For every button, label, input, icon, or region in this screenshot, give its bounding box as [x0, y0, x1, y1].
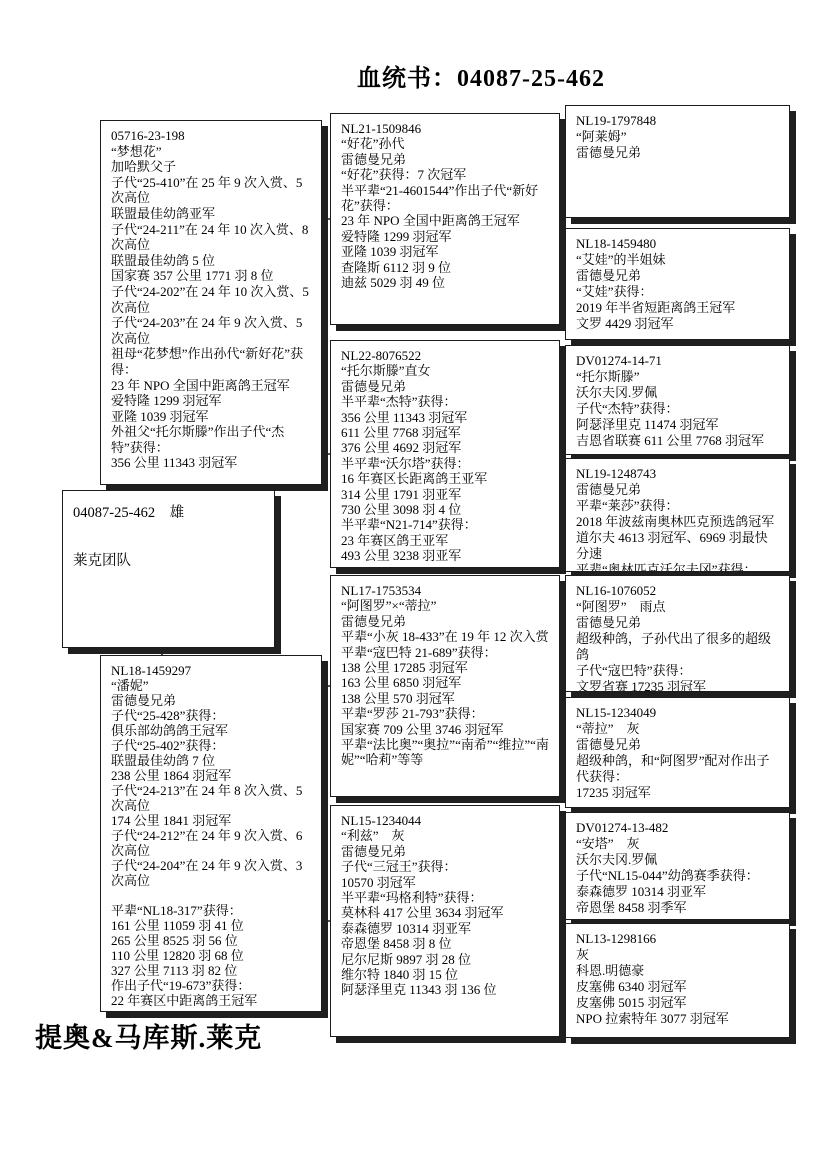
pedigree-text-line: 文罗 4429 羽冠军 — [576, 316, 780, 332]
pedigree-text-line: 161 公里 11059 羽 41 位 — [111, 918, 312, 933]
pedigree-text-line: 子代“25-428”获得： — [111, 708, 312, 723]
pedigree-text-line: 平辈“寇巴特 21-689”获得： — [341, 645, 550, 660]
pedigree-box-ff-mother: NL18-1459480“艾娃”的半姐妹雷德曼兄弟“艾娃”获得：2019 年半省… — [565, 228, 790, 340]
pedigree-box-mf-father: NL16-1076052“阿图罗” 雨点雷德曼兄弟超级种鸽，子孙代出了很多的超级… — [565, 575, 790, 692]
pedigree-text-line: NL15-1234044 — [341, 813, 550, 828]
pedigree-text-line: 外祖父“托尔斯滕”作出子代“杰特”获得： — [111, 424, 312, 455]
pedigree-text-line: 超级种鸽，和“阿图罗”配对作出子代获得： — [576, 753, 780, 785]
pedigree-text-line: 莱克团队 — [73, 549, 265, 573]
pedigree-text-line: 雷德曼兄弟 — [576, 145, 780, 161]
pedigree-text-line: “阿图罗”×“蒂拉” — [341, 598, 550, 613]
pedigree-text-line: DV01274-13-482 — [576, 820, 780, 836]
pedigree-text-line: 314 公里 1791 羽亚军 — [341, 487, 550, 502]
pedigree-text-line: 迪兹 5029 羽 49 位 — [341, 275, 550, 290]
pedigree-box-mother-father: NL17-1753534“阿图罗”×“蒂拉”雷德曼兄弟平辈“小灰 18-433”… — [330, 575, 560, 797]
pedigree-text-line: 皮塞佛 5015 羽冠军 — [576, 995, 780, 1011]
pedigree-text-line: 雷德曼兄弟 — [576, 268, 780, 284]
pedigree-text-line: “好花”孙代 — [341, 136, 550, 151]
pedigree-text-line: 亚隆 1039 羽冠军 — [341, 244, 550, 259]
pedigree-text-line: 23 年赛区鸽王亚军 — [341, 533, 550, 548]
pedigree-text-line: 皮塞佛 6340 羽冠军 — [576, 979, 780, 995]
pedigree-text-line: 雷德曼兄弟 — [341, 152, 550, 167]
pedigree-text-line: 雷德曼兄弟 — [341, 844, 550, 859]
pedigree-text-line: NL18-1459480 — [576, 236, 780, 252]
pedigree-text-line: 2019 年半省短距离鸽王冠军 — [576, 300, 780, 316]
pedigree-text-line: 子代“NL15-044”幼鸽赛季获得： — [576, 868, 780, 884]
pedigree-text-line: “阿图罗” 雨点 — [576, 599, 780, 615]
pedigree-text-line: 查隆斯 6112 羽 9 位 — [341, 260, 550, 275]
pedigree-box-father: 05716-23-198“梦想花”加哈默父子子代“25-410”在 25 年 9… — [100, 120, 322, 485]
pedigree-text-line: NL13-1298166 — [576, 931, 780, 947]
pedigree-text-line: 雷德曼兄弟 — [111, 693, 312, 708]
pedigree-text-line: 23 年 NPO 全国中距离鸽王冠军 — [111, 378, 312, 394]
pedigree-text-line: 亚隆 1039 羽冠军 — [111, 409, 312, 425]
pedigree-text-line: 平辈“小灰 18-433”在 19 年 12 次入赏 — [341, 629, 550, 644]
pedigree-text-line: “艾娃”的半姐妹 — [576, 252, 780, 268]
pedigree-text-line: “托尔斯滕”直女 — [341, 363, 550, 378]
pedigree-text-line: 23 年 NPO 全国中距离鸽王冠军 — [341, 213, 550, 228]
pedigree-text-line: 265 公里 8525 羽 56 位 — [111, 933, 312, 948]
loft-name: 提奥&马库斯.莱克 — [35, 1016, 262, 1055]
pedigree-text-line: 04087-25-462 雄 — [73, 501, 265, 525]
pedigree-text-line: 泰森德罗 10314 羽亚军 — [341, 921, 550, 936]
pedigree-text-line: 国家赛 709 公里 3746 羽冠军 — [341, 722, 550, 737]
pedigree-text-line: “潘妮” — [111, 678, 312, 693]
pedigree-text-line: 163 公里 6850 羽冠军 — [341, 675, 550, 690]
pedigree-text-line: 356 公里 11343 羽冠军 — [341, 410, 550, 425]
pedigree-text-line: 平辈“罗莎 21-793”获得： — [341, 706, 550, 721]
pedigree-text-line: 雷德曼兄弟 — [341, 379, 550, 394]
pedigree-text-line: 俱乐部幼鸽鸽王冠军 — [111, 723, 312, 738]
pedigree-box-subject: 04087-25-462 雄 莱克团队 — [62, 490, 275, 648]
pedigree-text-line: 联盟最佳幼鸽亚军 — [111, 206, 312, 222]
pedigree-box-fm-father: DV01274-14-71“托尔斯滕”沃尔夫冈.罗佩子代“杰特”获得：阿瑟泽里克… — [565, 345, 790, 455]
pedigree-text-line: 帝恩堡 8458 羽 8 位 — [341, 936, 550, 951]
pedigree-text-line: NL18-1459297 — [111, 663, 312, 678]
pedigree-text-line: 雷德曼兄弟 — [576, 615, 780, 631]
pedigree-text-line: 平辈“莱莎”获得： — [576, 498, 780, 514]
pedigree-text-line: 327 公里 7113 羽 82 位 — [111, 963, 312, 978]
pedigree-text-line: “艾娃”获得： — [576, 284, 780, 300]
pedigree-text-line: 子代“24-212”在 24 年 9 次入赏、6 次高位 — [111, 828, 312, 858]
pedigree-text-line: 138 公里 17285 羽冠军 — [341, 660, 550, 675]
pedigree-text-line: 半平辈“N21-714”获得： — [341, 517, 550, 532]
pedigree-text-line: “蒂拉” 灰 — [576, 721, 780, 737]
pedigree-text-line: 加哈默父子 — [111, 159, 312, 175]
pedigree-text-line: 维尔特 1840 羽 15 位 — [341, 967, 550, 982]
pedigree-text-line: 子代“寇巴特”获得： — [576, 663, 780, 679]
pedigree-text-line: 子代“24-203”在 24 年 9 次入赏、5 次高位 — [111, 315, 312, 346]
pedigree-text-line: 联盟最佳幼鸽 5 位 — [111, 253, 312, 269]
pedigree-text-line: 17235 羽冠军 — [576, 785, 780, 801]
pedigree-text-line: “梦想花” — [111, 144, 312, 160]
pedigree-text-line: “好花”获得：7 次冠军 — [341, 167, 550, 182]
pedigree-box-fm-mother: NL19-1248743雷德曼兄弟平辈“莱莎”获得：2018 年波兹南奥林匹克预… — [565, 458, 790, 572]
pedigree-text-line: 平辈“NL18-317”获得： — [111, 903, 312, 918]
pedigree-box-mf-mother: NL15-1234049“蒂拉” 灰雷德曼兄弟超级种鸽，和“阿图罗”配对作出子代… — [565, 697, 790, 808]
pedigree-box-mother: NL18-1459297“潘妮”雷德曼兄弟子代“25-428”获得：俱乐部幼鸽鸽… — [100, 655, 322, 1012]
pedigree-text-line: 莫林科 417 公里 3634 羽冠军 — [341, 905, 550, 920]
pedigree-text-line: NL21-1509846 — [341, 121, 550, 136]
pedigree-text-line: 子代“24-213”在 24 年 8 次入赏、5 次高位 — [111, 783, 312, 813]
pedigree-text-line: 爱特隆 1299 羽冠军 — [111, 393, 312, 409]
pedigree-text-line: 平辈“奥林匹克沃尔夫冈”获得： — [576, 562, 780, 572]
pedigree-page: 血统书：04087-25-462 05716-23-198“梦想花”加哈默父子子… — [0, 0, 820, 1159]
pedigree-text-line: 半平辈“21-4601544”作出子代“新好花”获得： — [341, 183, 550, 214]
pedigree-text-line: 超级种鸽，子孙代出了很多的超级鸽 — [576, 631, 780, 663]
pedigree-text-line: 雷德曼兄弟 — [576, 482, 780, 498]
pedigree-text-line: 半平辈“沃尔塔”获得： — [341, 456, 550, 471]
pedigree-text-line: 泰森德罗 10314 羽亚军 — [576, 884, 780, 900]
pedigree-text-line: 子代“24-202”在 24 年 10 次入赏、5 次高位 — [111, 284, 312, 315]
pedigree-text-line: 阿瑟泽里克 11474 羽冠军 — [576, 417, 780, 433]
pedigree-text-line: 帝恩堡 8458 羽季军 — [576, 900, 780, 916]
pedigree-text-line: 尼尔尼斯 9897 羽 28 位 — [341, 952, 550, 967]
pedigree-text-line: 半平辈“杰特”获得： — [341, 394, 550, 409]
pedigree-text-line: 沃尔夫冈.罗佩 — [576, 852, 780, 868]
pedigree-text-line: 138 公里 570 羽冠军 — [341, 691, 550, 706]
pedigree-text-line: 493 公里 3238 羽亚军 — [341, 548, 550, 563]
pedigree-box-ff-father: NL19-1797848“阿莱姆”雷德曼兄弟 — [565, 105, 790, 218]
pedigree-text-line: “利兹” 灰 — [341, 828, 550, 843]
pedigree-text-line: “阿莱姆” — [576, 129, 780, 145]
pedigree-text-line: 174 公里 1841 羽冠军 — [111, 813, 312, 828]
pedigree-text-line: 子代“三冠王”获得： — [341, 859, 550, 874]
pedigree-box-father-mother: NL22-8076522“托尔斯滕”直女雷德曼兄弟半平辈“杰特”获得：356 公… — [330, 340, 560, 568]
pedigree-text-line — [73, 525, 265, 549]
pedigree-text-line: 238 公里 1864 羽冠军 — [111, 768, 312, 783]
pedigree-text-line: “安塔” 灰 — [576, 836, 780, 852]
pedigree-text-line: NL22-8076522 — [341, 348, 550, 363]
pedigree-text-line: 沃尔夫冈.罗佩 — [576, 385, 780, 401]
pedigree-text-line: NPO 拉索特年 3077 羽冠军 — [576, 1011, 780, 1027]
pedigree-text-line: 作出子代“19-673”获得： — [111, 978, 312, 993]
pedigree-text-line: 子代“25-402”获得： — [111, 738, 312, 753]
pedigree-text-line: 2018 年波兹南奥林匹克预选鸽冠军 — [576, 514, 780, 530]
pedigree-text-line — [111, 888, 312, 903]
pedigree-text-line: 子代“24-211”在 24 年 10 次入赏、8 次高位 — [111, 222, 312, 253]
pedigree-text-line: 376 公里 4692 羽冠军 — [341, 440, 550, 455]
pedigree-text-line: 16 年赛区长距离鸽王亚军 — [341, 471, 550, 486]
pedigree-text-line: 611 公里 7768 羽冠军 — [341, 425, 550, 440]
pedigree-text-line: 子代“25-410”在 25 年 9 次入赏、5 次高位 — [111, 175, 312, 206]
pedigree-box-father-father: NL21-1509846“好花”孙代雷德曼兄弟“好花”获得：7 次冠军半平辈“2… — [330, 113, 560, 325]
pedigree-text-line: 子代“杰特”获得： — [576, 401, 780, 417]
pedigree-box-mother-mother: NL15-1234044“利兹” 灰雷德曼兄弟子代“三冠王”获得：10570 羽… — [330, 805, 560, 1037]
pedigree-text-line: NL19-1248743 — [576, 466, 780, 482]
pedigree-text-line: NL15-1234049 — [576, 705, 780, 721]
pedigree-text-line: 05716-23-198 — [111, 128, 312, 144]
pedigree-text-line: 平辈“法比奥”“奥拉”“南希”“维拉”“南妮”“哈莉”等等 — [341, 737, 550, 768]
pedigree-text-line: 道尔夫 4613 羽冠军、6969 羽最快分速 — [576, 530, 780, 562]
pedigree-text-line: 爱特隆 1299 羽冠军 — [341, 229, 550, 244]
pedigree-text-line: 祖母“花梦想”作出孙代“新好花”获得： — [111, 346, 312, 377]
pedigree-text-line: 国家赛 357 公里 1771 羽 8 位 — [111, 268, 312, 284]
pedigree-text-line: 雷德曼兄弟 — [341, 614, 550, 629]
pedigree-box-mm-mother: NL13-1298166灰科恩.明德豪皮塞佛 6340 羽冠军皮塞佛 5015 … — [565, 923, 790, 1038]
pedigree-text-line: 半平辈“玛格利特”获得： — [341, 890, 550, 905]
pedigree-text-line: 110 公里 12820 羽 68 位 — [111, 948, 312, 963]
pedigree-text-line: 灰 — [576, 947, 780, 963]
pedigree-text-line: 10570 羽冠军 — [341, 875, 550, 890]
pedigree-text-line: NL17-1753534 — [341, 583, 550, 598]
pedigree-text-line: NL19-1797848 — [576, 113, 780, 129]
pedigree-text-line: 吉恩省联赛 611 公里 7768 羽冠军 — [576, 433, 780, 449]
pedigree-text-line: 356 公里 11343 羽冠军 — [111, 455, 312, 471]
pedigree-text-line: 阿瑟泽里克 11343 羽 136 位 — [341, 982, 550, 997]
pedigree-text-line: 子代“24-204”在 24 年 9 次入赏、3 次高位 — [111, 858, 312, 888]
pedigree-box-mm-father: DV01274-13-482“安塔” 灰沃尔夫冈.罗佩子代“NL15-044”幼… — [565, 812, 790, 920]
pedigree-text-line: 730 公里 3098 羽 4 位 — [341, 502, 550, 517]
pedigree-text-line: 科恩.明德豪 — [576, 963, 780, 979]
pedigree-text-line: NL16-1076052 — [576, 583, 780, 599]
pedigree-text-line: 雷德曼兄弟 — [576, 737, 780, 753]
pedigree-text-line: 联盟最佳幼鸽 7 位 — [111, 753, 312, 768]
pedigree-text-line: DV01274-14-71 — [576, 353, 780, 369]
pedigree-text-line: 文罗省赛 17235 羽冠军 — [576, 679, 780, 692]
pedigree-text-line: “托尔斯滕” — [576, 369, 780, 385]
pedigree-text-line: 22 年赛区中距离鸽王冠军 — [111, 993, 312, 1008]
